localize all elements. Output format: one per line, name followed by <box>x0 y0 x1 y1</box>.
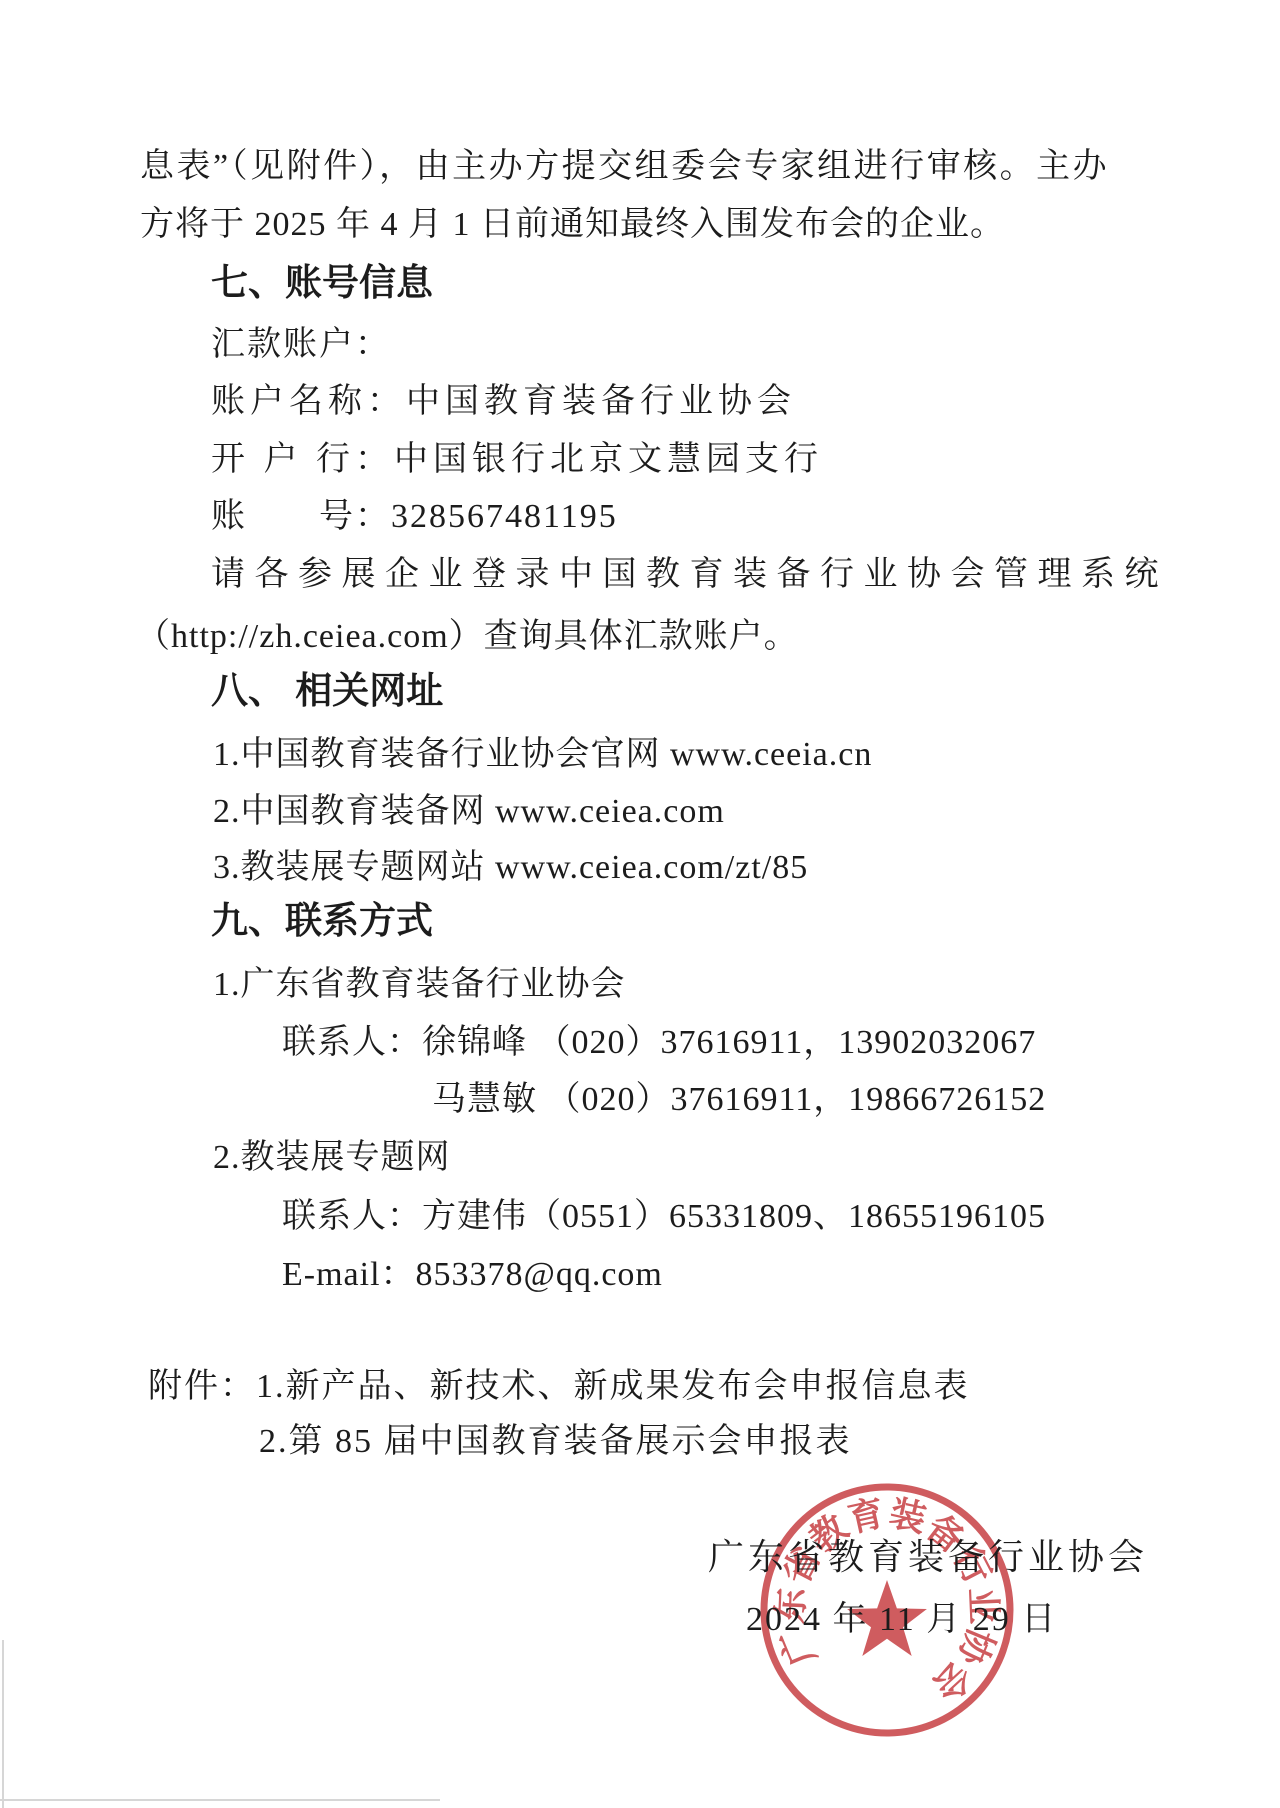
contact-person-line-1: 联系人：徐锦峰 （020）37616911，13902032067 <box>282 1023 1036 1063</box>
signature-org: 广东省教育装备行业协会 <box>708 1537 1148 1577</box>
account-number-line: 账 号：328567481195 <box>211 497 618 537</box>
url-item-3: 3.教装展专题网站 www.ceiea.com/zt/85 <box>213 848 808 888</box>
url-item-1: 1.中国教育装备行业协会官网 www.ceeia.cn <box>213 735 872 775</box>
svg-text:育: 育 <box>844 1493 888 1540</box>
system-note-line-1: 请各参展企业登录中国教育装备行业协会管理系统 <box>211 555 1168 595</box>
email-line: E-mail：853378@qq.com <box>282 1255 663 1295</box>
signature-date: 2024 年 11 月 29 日 <box>746 1600 1057 1640</box>
system-note-line-2: （http://zh.ceiea.com）查询具体汇款账户。 <box>136 617 799 657</box>
contact-org-2: 2.教装展专题网 <box>213 1138 451 1178</box>
contact-person-line-2: 马慧敏 （020）37616911，19866726152 <box>432 1080 1046 1120</box>
attachments-line-2: 2.第 85 届中国教育装备展示会申报表 <box>259 1422 852 1462</box>
bank-line: 开 户 行：中国银行北京文慧园支行 <box>211 440 823 480</box>
scan-edge-bottom <box>0 1799 440 1801</box>
document-page: 广东省教育装备行业协会 息表”（见附件），由主办方提交组委会专家组进行审核。主办… <box>0 0 1280 1808</box>
scan-edge-left <box>2 1640 4 1808</box>
remit-account-label: 汇款账户： <box>211 325 391 365</box>
contact-person-line-3: 联系人：方建伟（0551）65331809、18655196105 <box>282 1197 1046 1237</box>
section-9-heading: 九、联系方式 <box>211 901 433 941</box>
section-8-heading: 八、 相关网址 <box>211 671 443 711</box>
section-7-heading: 七、账号信息 <box>211 263 433 303</box>
url-item-2: 2.中国教育装备网 www.ceiea.com <box>213 792 725 832</box>
contact-org-1: 1.广东省教育装备行业协会 <box>213 965 626 1005</box>
attachments-line-1: 附件：1.新产品、新技术、新成果发布会申报信息表 <box>148 1367 970 1407</box>
account-name-line: 账户名称：中国教育装备行业协会 <box>211 382 796 422</box>
body-paragraph-line-1: 息表”（见附件），由主办方提交组委会专家组进行审核。主办 <box>140 147 1109 187</box>
body-paragraph-line-2: 方将于 2025 年 4 月 1 日前通知最终入围发布会的企业。 <box>140 205 1005 245</box>
